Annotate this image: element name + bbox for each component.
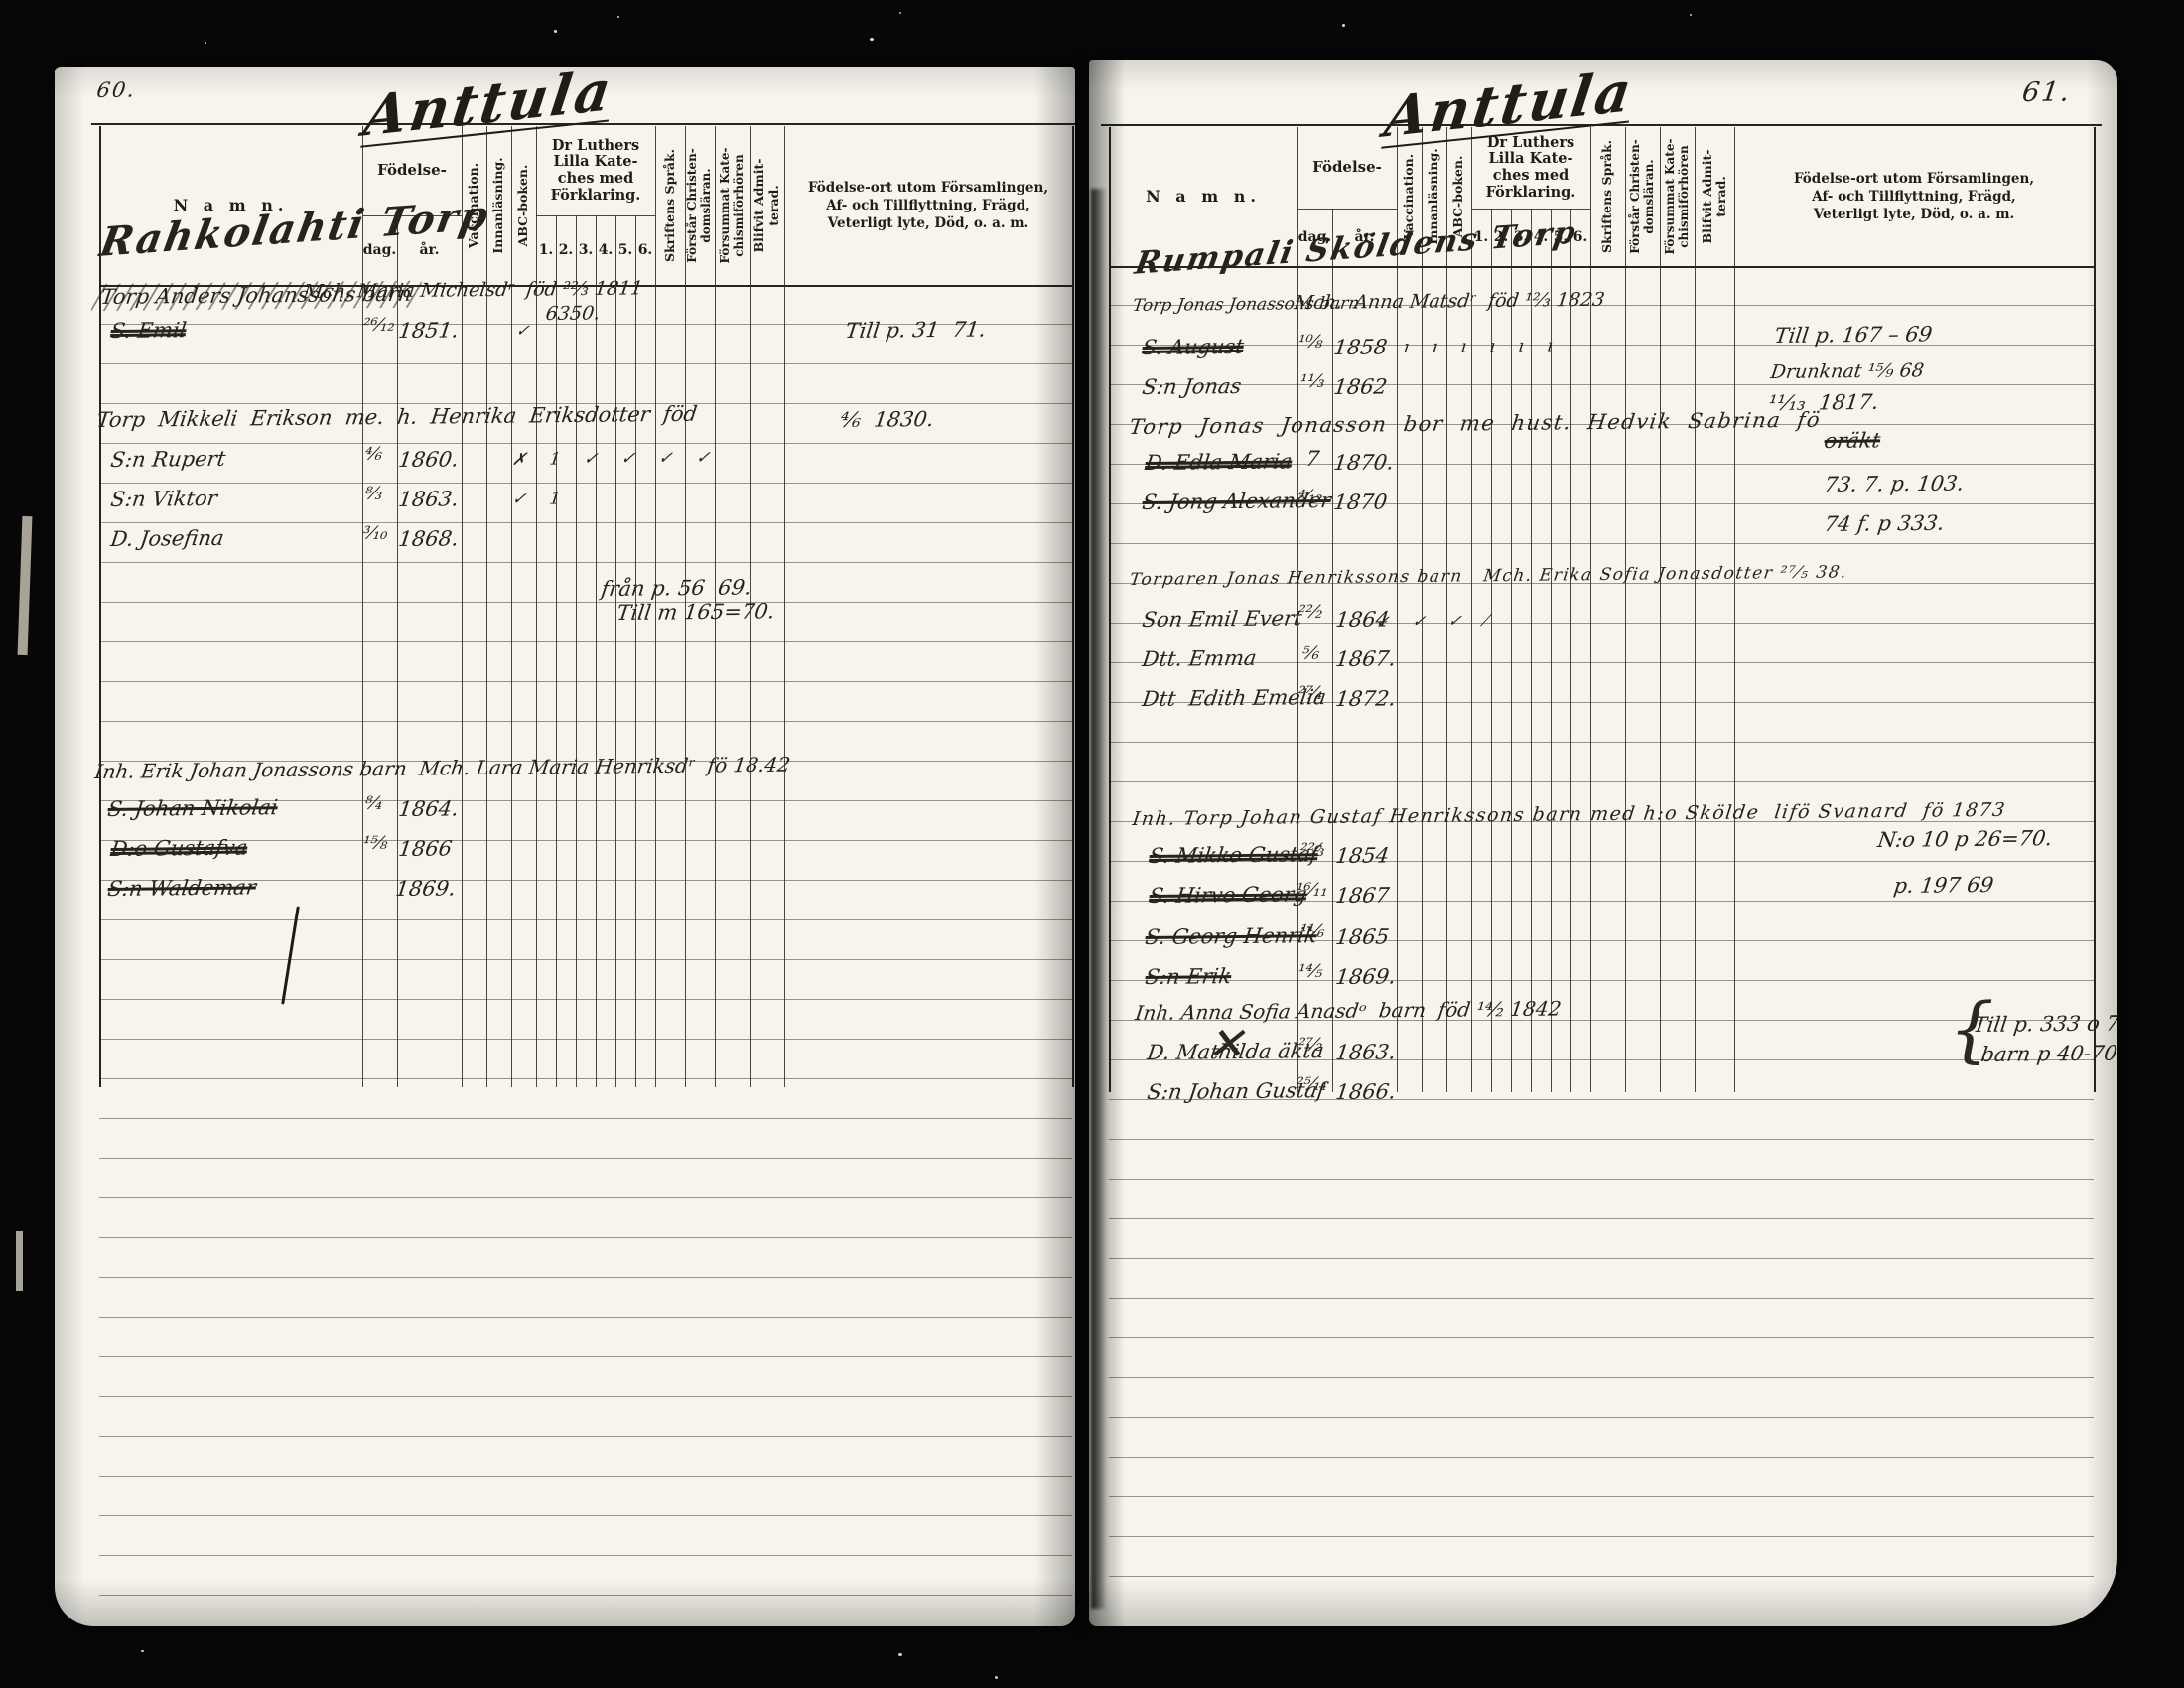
handwritten-entry: ²⁷⁄₂ bbox=[1297, 1037, 1324, 1055]
handwritten-entry: ⁴⁄₆ bbox=[364, 446, 384, 464]
body-column-line bbox=[1397, 266, 1398, 1092]
handwritten-entry: D. Edla Maria bbox=[1144, 451, 1293, 474]
body-column-line bbox=[1734, 266, 1735, 1092]
handwritten-entry: 74 f. p 333. bbox=[1823, 513, 1946, 535]
handwritten-entry: S. Johan Nikolai bbox=[106, 797, 279, 820]
body-column-line bbox=[1695, 266, 1696, 1092]
handwritten-entry: S:n Erik bbox=[1144, 966, 1232, 988]
col-header-katekes: Dr Luthers Lilla Kate- ches med Förklari… bbox=[536, 126, 655, 215]
right-page: 61. Anttula Rumpali Sköldens Torp N a m … bbox=[1089, 60, 2117, 1626]
page-edge-sliver bbox=[16, 1231, 23, 1291]
handwritten-entry: 1864. bbox=[397, 798, 460, 820]
col-header-katekes-grade-5: 5. bbox=[615, 215, 635, 285]
body-column-line bbox=[784, 285, 785, 1087]
handwritten-entry: ¹⁶⁄₁₁ bbox=[1296, 882, 1329, 900]
body-column-line bbox=[1491, 266, 1492, 1092]
handwritten-entry: 1872. bbox=[1334, 688, 1397, 710]
col-header-notes-column-header: Födelse-ort utom Församlingen, Af- och T… bbox=[1734, 127, 2094, 266]
handwritten-entry: från p. 56 69. bbox=[600, 577, 752, 600]
handwritten-entry: D. Josefina bbox=[109, 528, 225, 550]
col-header-katekes: Dr Luthers Lilla Kate- ches med Förklari… bbox=[1471, 127, 1590, 209]
book-gutter-shadow bbox=[1091, 189, 1107, 1609]
handwritten-entry: S. August bbox=[1141, 337, 1245, 358]
handwritten-entry: S. Georg Henrik bbox=[1144, 925, 1318, 948]
handwritten-entry: S:n Viktor bbox=[109, 489, 218, 510]
col-header-skriftens-sprak: Skriftens Språk. bbox=[655, 126, 685, 285]
handwritten-entry: 1863. bbox=[1334, 1042, 1397, 1063]
handwritten-entry: 1868. bbox=[397, 528, 460, 550]
col-header-katekes-grade-2: 2. bbox=[556, 215, 576, 285]
handwritten-entry: ✗ 1 ✓ ✓ ✓ ✓ bbox=[511, 450, 721, 469]
handwritten-entry: 1862 bbox=[1332, 376, 1388, 398]
body-column-line bbox=[1570, 266, 1571, 1092]
body-column-line bbox=[1446, 266, 1447, 1092]
body-column-line bbox=[715, 285, 716, 1087]
handwritten-entry: ⁴⁄₁₂ bbox=[1297, 489, 1324, 506]
col-header-skriftens-sprak: Skriftens Språk. bbox=[1590, 127, 1625, 266]
col-header-katekes-grade-4: 4. bbox=[596, 215, 615, 285]
body-column-line bbox=[1660, 266, 1661, 1092]
handwritten-entry: 1854 bbox=[1334, 845, 1390, 867]
handwritten-entry: 1851. bbox=[397, 320, 460, 342]
handwritten-entry: S:n Rupert bbox=[109, 449, 226, 471]
handwritten-entry: ⁵⁄₆ bbox=[1301, 645, 1321, 663]
page-edge-sliver bbox=[18, 516, 33, 655]
col-header-abc-boken: ABC-boken. bbox=[511, 126, 536, 285]
handwritten-entry: Son Emil Evert bbox=[1141, 608, 1303, 631]
handwritten-entry: 1866. bbox=[1334, 1081, 1397, 1103]
body-column-line bbox=[1590, 266, 1591, 1092]
body-column-line bbox=[1531, 266, 1532, 1092]
handwritten-entry: S. Emil bbox=[109, 320, 188, 342]
table-edge-line bbox=[2094, 127, 2096, 1092]
page-number: 61. bbox=[2020, 78, 2073, 106]
handwritten-entry: oräkt bbox=[1823, 430, 1881, 452]
handwritten-entry: ²⁵⁄₁₁ bbox=[1296, 1076, 1329, 1094]
handwritten-entry: ¹¹⁄₃ bbox=[1299, 373, 1326, 391]
col-header-forstar-christendomslaran: Förstår Christen- domsläran. bbox=[1625, 127, 1660, 266]
handwritten-entry: 1870 bbox=[1332, 492, 1388, 513]
handwritten-entry: ⁴⁄₆ 1830. bbox=[839, 409, 935, 431]
table-edge-line bbox=[1072, 126, 1074, 1087]
handwritten-entry: 1867 bbox=[1334, 885, 1390, 907]
handwritten-entry: ²⁶⁄₁₂ bbox=[362, 317, 396, 335]
left-page: 60. Anttula Rahkolahti Torp N a m n.Föde… bbox=[55, 67, 1075, 1626]
handwritten-entry: ¹⁰⁄₈ bbox=[1297, 334, 1324, 352]
handwritten-entry: ¹⁴⁄₅ bbox=[1297, 963, 1324, 981]
body-column-line bbox=[750, 285, 751, 1087]
handwritten-entry: S. Mikko Gustaf bbox=[1148, 844, 1319, 867]
handwritten-entry: 1865 bbox=[1334, 926, 1390, 948]
handwritten-entry: 1869. bbox=[1334, 966, 1397, 988]
handwritten-entry: ¹⁵⁄₈ bbox=[362, 835, 389, 853]
handwritten-entry: Mch. Maria Michelsdʳ föd ²²⁄₃ 1811 bbox=[303, 279, 644, 302]
handwritten-entry: 7 bbox=[1304, 449, 1320, 470]
handwritten-entry: Till p. 167 – 69 bbox=[1773, 324, 1933, 347]
col-header-blifvit-admitterad: Blifvit Admit- terad. bbox=[750, 126, 784, 285]
handwritten-entry: S:n Waldemar bbox=[106, 877, 257, 900]
handwritten-entry: Till p. 333 o 72 bbox=[1972, 1013, 2117, 1036]
handwritten-entry: ⁸⁄₃ bbox=[364, 486, 384, 503]
handwritten-entry: Mch. Anna Matsdʳ föd ¹²⁄₃ 1823 bbox=[1294, 291, 1606, 313]
handwritten-entry: ⁸⁄₄ bbox=[364, 795, 384, 813]
row-lines bbox=[99, 285, 1072, 1604]
handwritten-entry: Drunknat ¹⁵⁄₉ 68 bbox=[1770, 361, 1925, 382]
handwritten-entry: ✓ ✓ ✓ ⁄ bbox=[1375, 613, 1497, 630]
handwritten-entry: ¹¹⁄₁₃ 1817. bbox=[1767, 392, 1880, 414]
col-header-blifvit-admitterad: Blifvit Admit- terad. bbox=[1695, 127, 1734, 266]
handwritten-entry: ✓ 1 bbox=[511, 491, 571, 508]
handwritten-entry: N:o 10 p 26=70. bbox=[1876, 828, 2053, 851]
table-edge-line bbox=[1109, 127, 1111, 1092]
handwritten-entry: 1869. bbox=[394, 878, 457, 900]
handwritten-entry: Till m 165=70. bbox=[615, 601, 775, 624]
handwritten-entry: ²²⁄₃ bbox=[1299, 842, 1326, 860]
handwritten-entry: ✓ bbox=[515, 323, 531, 339]
handwritten-entry: 6350. bbox=[545, 304, 602, 324]
handwritten-entry: 1860. bbox=[397, 449, 460, 471]
handwritten-entry: ✕ bbox=[1206, 1021, 1245, 1066]
handwritten-entry: S. Hirvo Georg bbox=[1148, 884, 1308, 907]
col-header-katekes-grade-3: 3. bbox=[576, 215, 596, 285]
col-header-notes-column-header: Födelse-ort utom Församlingen, Af- och T… bbox=[784, 126, 1072, 285]
col-header-katekes-grade-6: 6. bbox=[635, 215, 655, 285]
handwritten-entry: 1867. bbox=[1334, 648, 1397, 670]
handwritten-entry: barn p 40-70. bbox=[1979, 1043, 2117, 1065]
handwritten-entry: ²²⁄₂ bbox=[1297, 604, 1324, 622]
body-column-line bbox=[1511, 266, 1512, 1092]
handwritten-entry: 1863. bbox=[397, 489, 460, 510]
handwritten-entry: 73. 7. p. 103. bbox=[1823, 474, 1965, 495]
handwritten-entry: ³⁄₁₀ bbox=[362, 525, 389, 543]
col-header-forsummat-katechismiforhoren: Försummat Kate- chismiförhören bbox=[715, 126, 750, 285]
col-header-forsummat-katechismiforhoren: Försummat Kate- chismiförhören bbox=[1660, 127, 1695, 266]
handwritten-entry: 1870. bbox=[1332, 452, 1395, 474]
body-column-line bbox=[1551, 266, 1552, 1092]
scanned-document: 60. Anttula Rahkolahti Torp N a m n.Föde… bbox=[0, 0, 2184, 1688]
handwritten-entry: D:o Gustafva bbox=[109, 838, 248, 860]
handwritten-entry: S:n Jonas bbox=[1141, 376, 1242, 398]
handwritten-entry: ı ı ı ı ı ı bbox=[1403, 338, 1563, 356]
handwritten-entry: Inh. Anna Sofia Anasdᵒ barn föd ¹⁴⁄₂ 184… bbox=[1134, 999, 1562, 1023]
col-header-katekes-grade-1: 1. bbox=[536, 215, 556, 285]
handwritten-entry: 1858 bbox=[1332, 337, 1388, 358]
body-column-line bbox=[1422, 266, 1423, 1092]
handwritten-entry: 1866 bbox=[397, 838, 453, 860]
col-header-forstar-christendomslaran: Förstår Christen- domsläran. bbox=[685, 126, 715, 285]
handwritten-entry: Dtt. Emma bbox=[1141, 648, 1258, 670]
handwritten-entry: ¹¹⁄₆ bbox=[1299, 923, 1326, 941]
body-column-line bbox=[1625, 266, 1626, 1092]
handwritten-entry: ²⁷⁄₄ bbox=[1297, 685, 1324, 703]
handwritten-entry: Till p. 31 71. bbox=[844, 320, 987, 342]
handwritten-entry: p. 197 69 bbox=[1892, 875, 1994, 897]
page-number: 60. bbox=[95, 80, 137, 101]
body-column-line bbox=[1471, 266, 1472, 1092]
